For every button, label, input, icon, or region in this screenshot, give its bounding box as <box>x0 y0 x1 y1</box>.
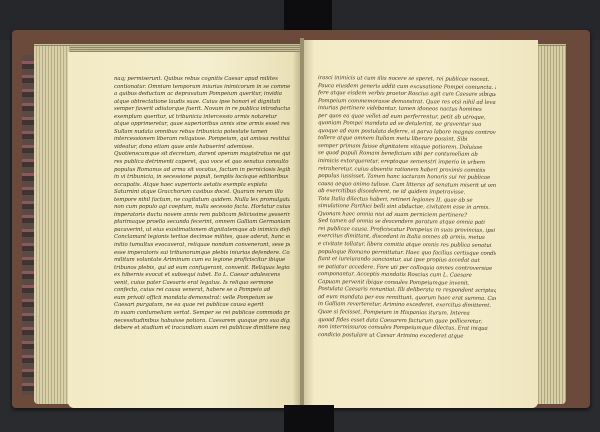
manuscript-line: Saturnini atque Gracchorum casibus docet… <box>114 189 290 197</box>
page-stack-left <box>34 46 70 404</box>
manuscript-line: atque opprimeretur, quae superioribus an… <box>114 121 290 129</box>
manuscript-line: non cum populo agi coeptum, nulla secess… <box>114 204 290 212</box>
manuscript-line: Caesari purgatum, ne ea quae rei publica… <box>114 302 290 310</box>
manuscript-line: videatur, dona etiam quae ante habuerint… <box>114 144 290 152</box>
background-gap-bottom <box>284 405 334 432</box>
left-page-text: naq; permiserunt. Quibus rebus cognitis … <box>114 76 290 333</box>
manuscript-line: intercessionem liberam reliquisse. Pompe… <box>114 136 290 144</box>
manuscript-line: atque obtrectatione laudis suae. Cuius i… <box>114 99 290 107</box>
manuscript-line: a quibus deductum ac depravatum Pompeium… <box>114 91 290 99</box>
manuscript-line: militum voluntate Ariminum cum ea legion… <box>114 257 290 265</box>
manuscript-line: plurimaque proelia secunda fecerint, omn… <box>114 219 290 227</box>
manuscript-line: populus Romanus ad arma sit vocatus, fac… <box>114 167 290 175</box>
manuscript-line: venit, cuius pater Caesaris erat legatus… <box>114 280 290 288</box>
manuscript-line: semper faverit adiutorque fuerit. Novum … <box>114 106 290 114</box>
background-gap-top <box>284 0 332 30</box>
manuscript-line: naq; permiserunt. Quibus rebus cognitis … <box>114 76 290 84</box>
manuscript-line: esse imperatoris sui tribunorumque plebi… <box>114 250 290 258</box>
book-gutter <box>300 38 304 408</box>
page-stack-right <box>536 46 566 404</box>
manuscript-line: ex hibernis evocat et subsequi iubet. Eo… <box>114 272 290 280</box>
manuscript-line: debere et studium et iracundiam suam rei… <box>114 325 290 333</box>
manuscript-line: eum privati officii mandata demonstrat: … <box>114 295 290 303</box>
manuscript-line: occupatis. Atque haec superioris aetatis… <box>114 182 290 190</box>
manuscript-line: confecto, cuius rei causa venerat, haber… <box>114 287 290 295</box>
manuscript-line: imperatoris ductu novem annis rem public… <box>114 212 290 220</box>
manuscript-line: tribunos plebis, qui ad eum confugerant,… <box>114 265 290 273</box>
manuscript-line: contionatur. Omnium temporum iniurias in… <box>114 84 290 92</box>
manuscript-line: res publica detrimenti caperet, qua voce… <box>114 159 290 167</box>
manuscript-line: initio tumultus evocaverat, reliquae non… <box>114 242 290 250</box>
manuscript-line: Sullam nudata omnibus rebus tribunicia p… <box>114 129 290 137</box>
manuscript-line: Quotienscumque sit decretum, darent oper… <box>114 151 290 159</box>
right-page-text: irasci inimicis ut cum illis nocere se s… <box>318 75 496 341</box>
manuscript-line: tempore nihil factum, ne cogitatum quide… <box>114 197 290 205</box>
manuscript-line: in vi tribunicia, in secessione populi, … <box>114 174 290 182</box>
manuscript-line: in suam contumeliam vertat. Semper se re… <box>114 310 290 318</box>
book-spine-edge <box>22 55 34 395</box>
manuscript-line: Conclamant legionis tertiae decimae mili… <box>114 234 290 242</box>
manuscript-line: necessitudinibus habuisse potiora. Caesa… <box>114 318 290 326</box>
manuscript-line: pacaverint, ut eius existimationem digni… <box>114 227 290 235</box>
manuscript-line: exemplum queritur, ut tribunicia interce… <box>114 114 290 122</box>
